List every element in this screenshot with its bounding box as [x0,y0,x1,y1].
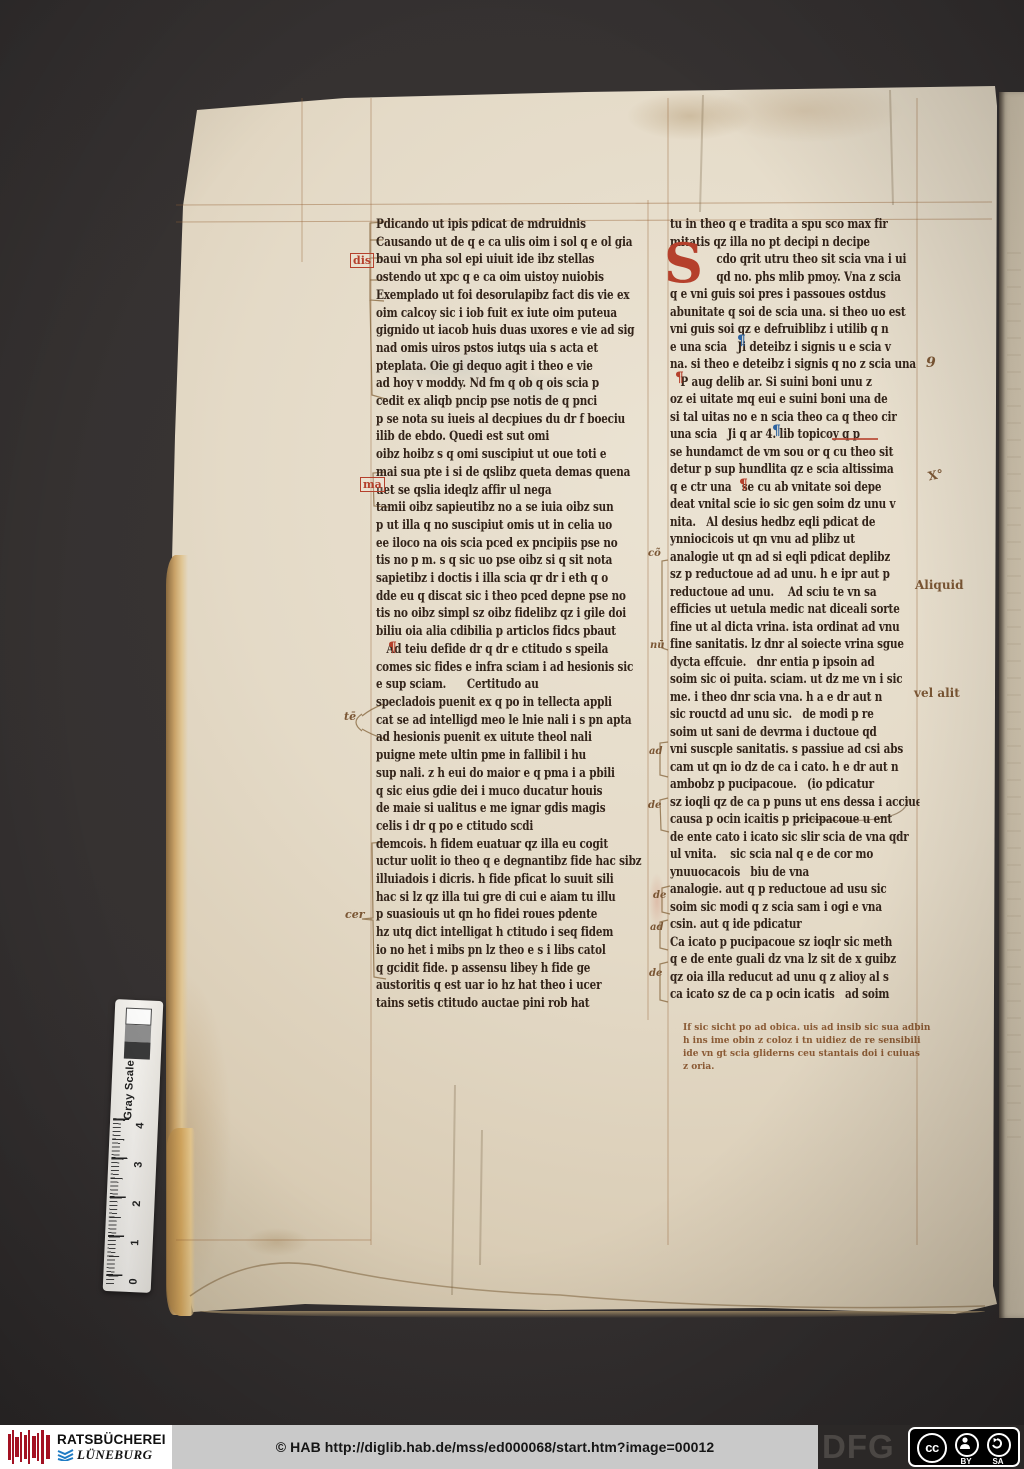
manuscript-line: pteplata. Oie gi dequo agit i theo e vie [376,358,650,376]
manuscript-line: analogie ut qn ad si eqli pdicat deplibz [670,549,920,567]
manuscript-line: cedit ex aliqb pncip pse notis de q pnci [376,393,650,411]
manuscript-line: se hundamct de vm sou or q cu theo sit [670,444,920,462]
margin-note-ad: ad [650,922,663,933]
manuscript-line: ad hoy v moddy. Nd fm q ob q ois scia p [376,375,650,393]
cc-license-badge: cc BY SA [908,1427,1020,1467]
manuscript-line: soim ut sani de devrma i ductoue qd [670,724,920,742]
manuscript-line: cat se ad intelligd meo le lnie nali i s… [376,712,650,730]
manuscript-line: mai sua pte i si de qslibz queta demas q… [376,464,650,482]
manuscript-line: io no het i mibs pn lz theo e s i libs c… [376,942,650,960]
manuscript-line: qd no. phs mlib pmoy. Vna z scia [670,269,920,287]
ruler-label: Gray Scale [122,1062,145,1121]
manuscript-line: uctur uolit io theo q e degnantibz fide … [376,853,650,871]
manuscript-line: q e de ente guali dz vna lz sit de x gui… [670,951,920,969]
margin-note-co: cõ [648,548,661,559]
manuscript-line: e sup sciam. Certitudo au [376,676,650,694]
ghost-text-showthrough [1007,252,1021,1152]
by-person-icon [955,1433,979,1457]
library-name: RATSBÜCHEREI LÜNEBURG [57,1433,166,1461]
red-underline-mark [832,438,878,440]
manuscript-line: soim sic modi q z scia sam i ogi e vna [670,899,920,917]
manuscript-line: sup nali. z h eui do maior e q pma i a p… [376,765,650,783]
gray-patch-white [125,1008,152,1026]
margin-note-dis: dis [350,253,374,268]
manuscript-line: ambobz p pucipacoue. (io pdicatur [670,776,920,794]
footnote-block: If sic sicht po ad obica. uis ad insib s… [683,1022,959,1074]
gray-scale-ruler: Gray Scale 4 3 2 1 0 [103,999,164,1293]
manuscript-line: p suasiouis ut qn ho fidei roues pdente [376,906,650,924]
photo-background: Pdicando ut ipis pdicat de mdruidnisCaus… [0,0,1024,1425]
manuscript-line: uet se qslia ideqlz affir ul nega [376,482,650,500]
gray-patch-dark [124,1042,151,1060]
manuscript-line: sic rouctd ad unu sic. de modi p re [670,706,920,724]
manuscript-line: abunitate q soi de scia una. si theo uo … [670,304,920,322]
by-label: BY [954,1457,978,1466]
manuscript-line: ad hesionis puenit ex uitute theol nali [376,729,650,747]
manuscript-line: oim calcoy sic i iob fuit ex iute oim pu… [376,305,650,323]
manuscript-line: ilib de ebdo. Quedi est sut omi [376,428,650,446]
margin-note-de: de [648,800,661,811]
manuscript-line: tis no p m. s q sic uo pse oibz si q sit… [376,552,650,570]
manuscript-line: baui vn pha sol epi uiuit ide ibz stella… [376,251,650,269]
footnote-line: h ins ime obin z coloz i tn uidiez de re… [683,1035,959,1048]
footnote-line: If sic sicht po ad obica. uis ad insib s… [683,1022,959,1035]
footnote-line: z oria. [683,1061,959,1074]
manuscript-line: comes sic fides e infra sciam i ad hesio… [376,659,650,677]
manuscript-line: sz ioqli qz de ca p puns ut ens dessa i … [670,794,920,812]
footer-bar: RATSBÜCHEREI LÜNEBURG © HAB http://digli… [0,1425,1024,1469]
manuscript-line: biliu oia alia cdibilia p articlos fidcs… [376,623,650,641]
manuscript-line: q gcidit fide. p assensu libey h fide ge [376,960,650,978]
pilcrow-icon: ¶ [772,424,781,438]
pilcrow-icon: ¶ [737,334,746,348]
red-initial-letter: S [664,236,703,290]
ruler-number: 0 [127,1272,139,1284]
manuscript-line: sz p reductoue ad ad unu. h e ipr aut p [670,566,920,584]
manuscript-line: de ente cato i icato sic slir scia de vn… [670,829,920,847]
pilcrow-icon: ¶ [388,641,397,655]
manuscript-line: ul vnita. sic scia nal q e de cor mo [670,846,920,864]
margin-note-de: de [653,890,666,901]
manuscript-line: hac si lz qz illa tui gre di cui e aiam … [376,889,650,907]
manuscript-line: de maie si ualitus e me ignar gdis magis [376,800,650,818]
manuscript-line: P aug delib ar. Si suini boni unu z [670,374,920,392]
manuscript-line: tains setis ctitudo auctae pini rob hat [376,995,650,1013]
page-bottom-edge [200,1311,985,1318]
manuscript-line: ynniocicois ut qn vnu ad plibz ut [670,531,920,549]
manuscript-line: ca icato sz de ca p ocin icatis ad soim [670,986,920,1004]
manuscript-line: deat vnital scie io sic gen soim dz unu … [670,496,920,514]
ruler-ticks-major [106,1119,129,1287]
manuscript-line: Ca icato p pucipacoue sz ioqlr sic meth [670,934,920,952]
manuscript-line: vni guis soi qz e defruiblibz i utilib q… [670,321,920,339]
library-name-line2: LÜNEBURG [77,1448,153,1461]
manuscript-line: gignido ut iacob huis duas uxores e vie … [376,322,650,340]
manuscript-line: cam ut qn io dz de ca i cato. h e dr aut… [670,759,920,777]
margin-note-vel-alit: vel alit [914,686,960,700]
manuscript-line: detur p sup hundlita qz e scia altissima [670,461,920,479]
underlying-page-edge [999,92,1024,1318]
credit-text: © HAB http://diglib.hab.de/mss/ed000068/… [276,1439,715,1455]
margin-note-cer: cer [345,908,365,921]
manuscript-line: si tal uitas no e n scia theo ca q theo … [670,409,920,427]
manuscript-line: mitatis qz illa no pt decipi n decipe [670,234,920,252]
manuscript-line: qz oia illa reducut ad unu q z alioy al … [670,969,920,987]
manuscript-line: nad omis uiros pstos iutqs uia s acta et [376,340,650,358]
manuscript-line: ynuuocacois biu de vna [670,864,920,882]
margin-note-de: de [649,968,662,979]
margin-glyph-nine: 9 [926,355,936,371]
manuscript-line: tamii oibz sapieutibz no a se iuia oibz … [376,499,650,517]
manuscript-line: specladois puenit ex q po in tellecta ap… [376,694,650,712]
manuscript-line: nita. Al desius hedbz eqli pdicat de [670,514,920,532]
footnote-line: ide vn gt scia gliderns ceu stantais doi… [683,1048,959,1061]
page-edge-curl-bottom [167,1128,195,1316]
manuscript-line: illuiadois i dicris. h fide pficat lo su… [376,871,650,889]
manuscript-line: me. i theo dnr scia vna. h a e dr aut n [670,689,920,707]
manuscript-line: csin. aut q ide pdicatur [670,916,920,934]
manuscript-line: analogie. aut q p reductoue ad usu sic [670,881,920,899]
dfg-logo: DFG [822,1425,895,1469]
margin-note-ad: ad [649,746,662,757]
manuscript-line: na. si theo e deteibz i signis q no z sc… [670,356,920,374]
manuscript-line: dde eu q discat sic i theo pced depne ps… [376,588,650,606]
manuscript-line: causa p ocin icaitis p pricipacoue u ent [670,811,920,829]
manuscript-line: oz ei uitate mq eui e suini boni una de [670,391,920,409]
manuscript-line: cdo qrit utru theo sit scia vna i ui [670,251,920,269]
credit-strip: © HAB http://diglib.hab.de/mss/ed000068/… [172,1425,818,1469]
ruler-number: 1 [129,1233,141,1245]
manuscript-line: Causando ut de q e ca ulis oim i sol q e… [376,234,650,252]
manuscript-line: fine sanitatis. lz dnr al soiecte vrina … [670,636,920,654]
manuscript-line: efficies ut uetula medic nat diceali sor… [670,601,920,619]
manuscript-line: hz utq dict intelligat h ctitudo i seq f… [376,924,650,942]
margin-note-aliquid: Aliquid [915,578,964,592]
pilcrow-icon: ¶ [739,478,748,492]
manuscript-line: tu in theo q e tradita a spu sco max fir [670,216,920,234]
manuscript-line: austoritis q est uar io hz hat theo i uc… [376,977,650,995]
manuscript-line: oibz hoibz s q omi suscipiut ut oue toti… [376,446,650,464]
manuscript-line: Exemplado ut foi desorulapibz fact dis v… [376,287,650,305]
manuscript-line: Ad teiu defide dr q dr e ctitudo s speil… [376,641,650,659]
manuscript-line: puigne mete ultin pme in fallibil i hu [376,747,650,765]
manuscript-line: reductoue ad unu. Ad sciu te vn sa [670,584,920,602]
manuscript-line: q e ctr una se cu ab vnitate soi depe [670,479,920,497]
manuscript-line: p ut illa q no suscipiut omis ut in celi… [376,517,650,535]
manuscript-line: p se nota su iueis al decpiues du dr f b… [376,411,650,429]
margin-note-te: tē [344,710,356,723]
manuscript-line: ostendo ut xpc q e ca oim uistoy nuiobis [376,269,650,287]
manuscript-line: sapietibz i doctis i illa scia qr dr i e… [376,570,650,588]
sa-sharealike-icon [987,1433,1011,1457]
manuscript-line: q sic eius gdie dei i muco ducatur houis [376,783,650,801]
manuscript-line: ee iloco na ois scia pced ex pncipiis ps… [376,535,650,553]
manuscript-line: e una scia Ji deteibz i signis u e scia … [670,339,920,357]
library-logo: RATSBÜCHEREI LÜNEBURG [0,1425,172,1469]
library-name-line1: RATSBÜCHEREI [57,1433,166,1447]
manuscript-line: dycta effcuie. dnr entia p ipsoin ad [670,654,920,672]
manuscript-line: fine ut al dicta vrina. ista ordinat ad … [670,619,920,637]
pilcrow-icon: ¶ [675,371,684,385]
text-column-left: Pdicando ut ipis pdicat de mdruidnisCaus… [376,216,650,1013]
barcode-icon [6,1427,52,1467]
manuscript-line: una scia Ji q ar 4. lib topicoy q p [670,426,920,444]
manuscript-line: tis no oibz simpl sz oibz fidelibz qz i … [376,605,650,623]
ruler-number: 4 [134,1117,146,1129]
ruler-number: 3 [133,1156,145,1168]
cc-icon: cc [917,1433,947,1463]
gray-patch-mid [125,1025,152,1043]
text-column-right: tu in theo q e tradita a spu sco max fir… [670,216,920,1004]
manuscript-line: soim sic oi puita. sciam. ut dz me vn i … [670,671,920,689]
manuscript-line: demcois. h fidem euatuar qz illa eu cogi… [376,836,650,854]
margin-note-nu: nū [650,640,665,651]
ruler-number: 2 [131,1194,143,1206]
margin-note-ma: ma [360,477,385,492]
sa-label: SA [986,1457,1010,1466]
manuscript-line: vni suscple sanitatis. s passiue ad csi … [670,741,920,759]
waves-icon [57,1448,74,1461]
manuscript-line: celis i dr q po e ctitudo scdi [376,818,650,836]
manuscript-line: Pdicando ut ipis pdicat de mdruidnis [376,216,650,234]
manuscript-line: q e vni guis soi pres i passoues ostdus [670,286,920,304]
